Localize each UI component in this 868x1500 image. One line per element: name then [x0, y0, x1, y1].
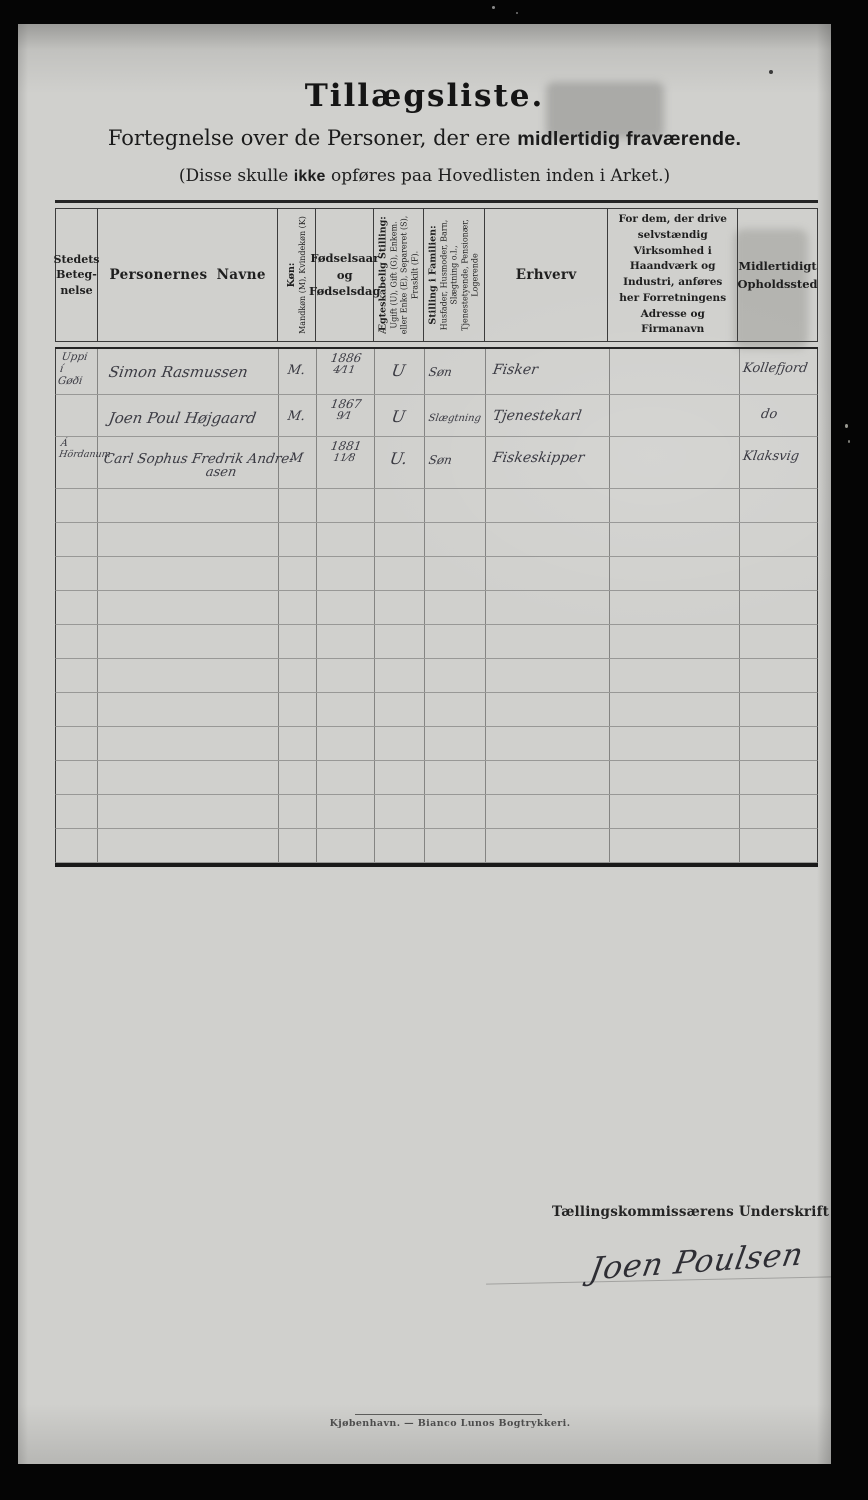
table-cell-empty — [486, 591, 610, 624]
table-cell-empty — [98, 625, 279, 658]
cell-stay: Kollefjord — [738, 349, 819, 376]
printer-imprint: Kjøbenhavn. — Bianco Lunos Bogtrykkeri. — [320, 1418, 580, 1429]
table-cell-empty — [56, 761, 98, 794]
table-cell-empty — [98, 795, 279, 828]
table-cell-empty — [279, 625, 317, 658]
table-cell-empty — [98, 761, 279, 794]
table-cell-empty — [610, 557, 740, 590]
table-row-empty — [55, 523, 818, 557]
table-row-empty — [55, 795, 818, 829]
table-row-empty — [55, 727, 818, 761]
cell-place — [56, 395, 97, 397]
table-cell-empty — [279, 829, 317, 862]
table-cell-empty — [425, 591, 486, 624]
cell-stay: do — [738, 395, 819, 422]
subtitle-bold-text: midlertidig fraværende. — [517, 128, 741, 150]
commissioner-signature: Joen Poulsen — [587, 1236, 807, 1287]
signature-label: Tællingskommissærens Underskrift — [552, 1204, 829, 1220]
table-cell-empty — [740, 761, 817, 794]
table-cell-empty — [317, 795, 375, 828]
table-cell-empty — [740, 523, 817, 556]
scan-speck — [848, 440, 850, 443]
imprint-rule — [355, 1414, 542, 1415]
table-cell-empty — [98, 489, 279, 522]
table-cell-empty — [98, 523, 279, 556]
table-cell-empty — [279, 523, 317, 556]
table-cell-empty — [610, 829, 740, 862]
table-cell-empty — [740, 591, 817, 624]
col-header-birth: Fødselsaar og Fødselsdag — [316, 209, 374, 341]
table-cell-empty — [425, 659, 486, 692]
col-header-stay: Midlertidigt Opholdssted — [738, 209, 817, 341]
table-cell-empty — [279, 761, 317, 794]
table-cell-empty — [486, 693, 610, 726]
cell-marital: U — [373, 395, 427, 426]
table-top-rule — [55, 200, 818, 209]
table-cell-empty — [56, 625, 98, 658]
col-header-name: Personernes Navne — [98, 209, 278, 341]
table-cell-empty — [610, 693, 740, 726]
table-cell-empty — [486, 625, 610, 658]
table-cell-empty — [425, 761, 486, 794]
table-cell-empty — [740, 625, 817, 658]
table-cell-empty — [610, 591, 740, 624]
cell-birth: 18864⁄11 — [315, 349, 376, 376]
cell-place: Á Hördanum — [54, 437, 99, 461]
table-cell-empty — [317, 829, 375, 862]
table-cell-empty — [317, 727, 375, 760]
table-cell-empty — [317, 693, 375, 726]
cell-family: Slægtning — [423, 395, 488, 424]
table-cell-empty — [486, 727, 610, 760]
table-cell-empty — [279, 693, 317, 726]
table-cell-empty — [610, 489, 740, 522]
table-cell-empty — [740, 489, 817, 522]
table-cell-empty — [375, 523, 425, 556]
cell-family: Søn — [423, 437, 488, 467]
table-header-rule — [55, 341, 818, 349]
table-cell-empty — [425, 557, 486, 590]
table-cell-empty — [610, 625, 740, 658]
table-row: Joen Poul Højgaard M. 18679⁄1 U Slægtnin… — [55, 395, 818, 437]
table-cell-empty — [375, 625, 425, 658]
table-cell-empty — [56, 659, 98, 692]
ink-dot — [769, 70, 773, 74]
table-cell-empty — [98, 591, 279, 624]
table-cell-empty — [279, 557, 317, 590]
col-header-business: For dem, der drive selvstændig Virksomhe… — [608, 209, 738, 341]
table-cell-empty — [610, 523, 740, 556]
table-cell-empty — [610, 727, 740, 760]
table-cell-empty — [425, 693, 486, 726]
scan-speck — [492, 6, 495, 9]
table-cell-empty — [317, 659, 375, 692]
cell-marital: U. — [373, 437, 427, 468]
table-cell-empty — [740, 727, 817, 760]
cell-name: Simon Rasmussen — [95, 349, 280, 381]
cell-occupation: Fisker — [484, 349, 612, 378]
col-header-family: Stilling i Familien: Husfader, Husmoder,… — [424, 209, 485, 341]
cell-birth-day: 11⁄8 — [315, 453, 374, 464]
table-cell-empty — [56, 693, 98, 726]
cell-birth: 18679⁄1 — [315, 395, 376, 422]
table-cell-empty — [375, 693, 425, 726]
table-cell-empty — [98, 557, 279, 590]
table-cell-empty — [317, 557, 375, 590]
table-cell-empty — [740, 659, 817, 692]
table-cell-empty — [486, 557, 610, 590]
table-cell-empty — [56, 727, 98, 760]
col-header-family-detail: Husfader, Husmoder, Barn, Slægtning o.l.… — [439, 212, 481, 339]
cell-marital: U — [373, 349, 427, 380]
table-row-empty — [55, 557, 818, 591]
table-row-empty — [55, 591, 818, 625]
col-header-occupation: Erhverv — [485, 209, 609, 341]
col-header-family-rotated: Stilling i Familien: Husfader, Husmoder,… — [427, 212, 480, 339]
table-cell-empty — [279, 659, 317, 692]
table-cell-empty — [740, 795, 817, 828]
table-cell-empty — [56, 557, 98, 590]
cell-name: Carl Sophus Fredrik Andre-asen — [95, 437, 282, 480]
cell-sex: M. — [277, 349, 319, 378]
table-cell-empty — [375, 795, 425, 828]
table-cell-empty — [56, 489, 98, 522]
table-cell-empty — [279, 591, 317, 624]
cell-birth-year: 1886 — [317, 352, 376, 365]
subtitle-text: Fortegnelse over de Personer, der ere — [108, 126, 517, 150]
table-row: Á Hördanum Carl Sophus Fredrik Andre-ase… — [55, 437, 818, 489]
col-header-marital-title: Ægteskabelig Stilling: — [377, 212, 389, 339]
cell-birth-day: 9⁄1 — [315, 411, 374, 422]
paper-sheet: Tillægsliste. Fortegnelse over de Person… — [18, 24, 831, 1464]
page-title: Tillægsliste. — [18, 78, 831, 114]
table-cell-empty — [317, 591, 375, 624]
col-header-sex-title: Køn: — [286, 212, 298, 339]
table-cell-empty — [486, 659, 610, 692]
table-cell-empty — [98, 659, 279, 692]
cell-birth-day: 4⁄11 — [315, 365, 374, 376]
table-cell-empty — [740, 557, 817, 590]
note-bold-text: ikke — [294, 168, 326, 185]
table-cell-empty — [610, 795, 740, 828]
table-cell-empty — [98, 693, 279, 726]
table-row-empty — [55, 659, 818, 693]
table-cell-empty — [425, 727, 486, 760]
census-table: Stedets Beteg- nelse Personernes Navne K… — [55, 200, 818, 867]
table-cell-empty — [279, 727, 317, 760]
cell-birth-year: 1881 — [317, 440, 376, 453]
table-cell-empty — [98, 727, 279, 760]
table-cell-empty — [375, 591, 425, 624]
col-header-marital-rotated: Ægteskabelig Stilling: Ugift (U), Gift (… — [377, 212, 420, 339]
cell-name-line1: Carl Sophus Fredrik Andre- — [103, 451, 295, 467]
col-header-sex-rotated: Køn: Mandkøn (M), Kvindekøn (K) — [286, 212, 308, 339]
table-cell-empty — [425, 625, 486, 658]
table-cell-empty — [56, 591, 98, 624]
note-text-prefix: (Disse skulle — [179, 166, 294, 186]
table-cell-empty — [486, 761, 610, 794]
cell-occupation: Tjenestekarl — [484, 395, 612, 424]
table-cell-empty — [56, 795, 98, 828]
table-cell-empty — [486, 829, 610, 862]
table-cell-empty — [279, 489, 317, 522]
table-header-row: Stedets Beteg- nelse Personernes Navne K… — [55, 209, 818, 341]
table-bottom-rule — [55, 863, 818, 867]
table-cell-empty — [375, 489, 425, 522]
cell-sex: M — [277, 437, 319, 466]
table-cell-empty — [279, 795, 317, 828]
table-row-empty — [55, 761, 818, 795]
table-cell-empty — [425, 489, 486, 522]
table-row-empty — [55, 829, 818, 863]
scanned-census-page: Tillægsliste. Fortegnelse over de Person… — [0, 0, 868, 1500]
table-cell-empty — [610, 761, 740, 794]
table-blank-rows — [55, 489, 818, 863]
table-cell-empty — [740, 829, 817, 862]
scan-speck — [516, 12, 518, 14]
table-cell-empty — [375, 727, 425, 760]
cell-birth: 188111⁄8 — [315, 437, 376, 464]
cell-occupation: Fiskeskipper — [484, 437, 612, 466]
table-cell-empty — [317, 625, 375, 658]
table-cell-empty — [317, 761, 375, 794]
table-row-empty — [55, 625, 818, 659]
table-cell-empty — [56, 829, 98, 862]
table-cell-empty — [375, 761, 425, 794]
table-cell-empty — [740, 693, 817, 726]
table-cell-empty — [98, 829, 279, 862]
table-cell-empty — [425, 795, 486, 828]
table-cell-empty — [425, 523, 486, 556]
table-cell-empty — [375, 659, 425, 692]
table-cell-empty — [317, 523, 375, 556]
cell-name-line2: asen — [205, 465, 277, 480]
table-cell-empty — [375, 829, 425, 862]
table-cell-empty — [610, 659, 740, 692]
col-header-place: Stedets Beteg- nelse — [56, 209, 98, 341]
col-header-family-title: Stilling i Familien: — [427, 212, 439, 339]
table-cell-empty — [486, 489, 610, 522]
col-header-marital-detail: Ugift (U), Gift (G), Enkem. eller Enke (… — [389, 212, 420, 339]
cell-family: Søn — [423, 349, 488, 379]
col-header-marital: Ægteskabelig Stilling: Ugift (U), Gift (… — [374, 209, 424, 341]
cell-stay: Klaksvig — [738, 437, 819, 464]
table-cell-empty — [56, 523, 98, 556]
cell-sex: M. — [277, 395, 319, 424]
cell-place: Uppi í Gøði — [53, 349, 100, 387]
table-cell-empty — [486, 523, 610, 556]
table-row: Uppi í Gøði Simon Rasmussen M. 18864⁄11 … — [55, 349, 818, 395]
table-row-empty — [55, 489, 818, 523]
table-cell-empty — [425, 829, 486, 862]
table-cell-empty — [486, 795, 610, 828]
cell-birth-year: 1867 — [317, 398, 376, 411]
table-cell-empty — [375, 557, 425, 590]
page-note: (Disse skulle ikke opføres paa Hovedlist… — [18, 166, 831, 186]
col-header-sex-detail: Mandkøn (M), Kvindekøn (K) — [298, 212, 308, 339]
table-row-empty — [55, 693, 818, 727]
page-subtitle: Fortegnelse over de Personer, der ere mi… — [18, 126, 831, 151]
table-cell-empty — [317, 489, 375, 522]
scan-speck — [845, 424, 848, 428]
cell-name: Joen Poul Højgaard — [95, 395, 280, 427]
note-text-suffix: opføres paa Hovedlisten inden i Arket.) — [326, 166, 671, 186]
